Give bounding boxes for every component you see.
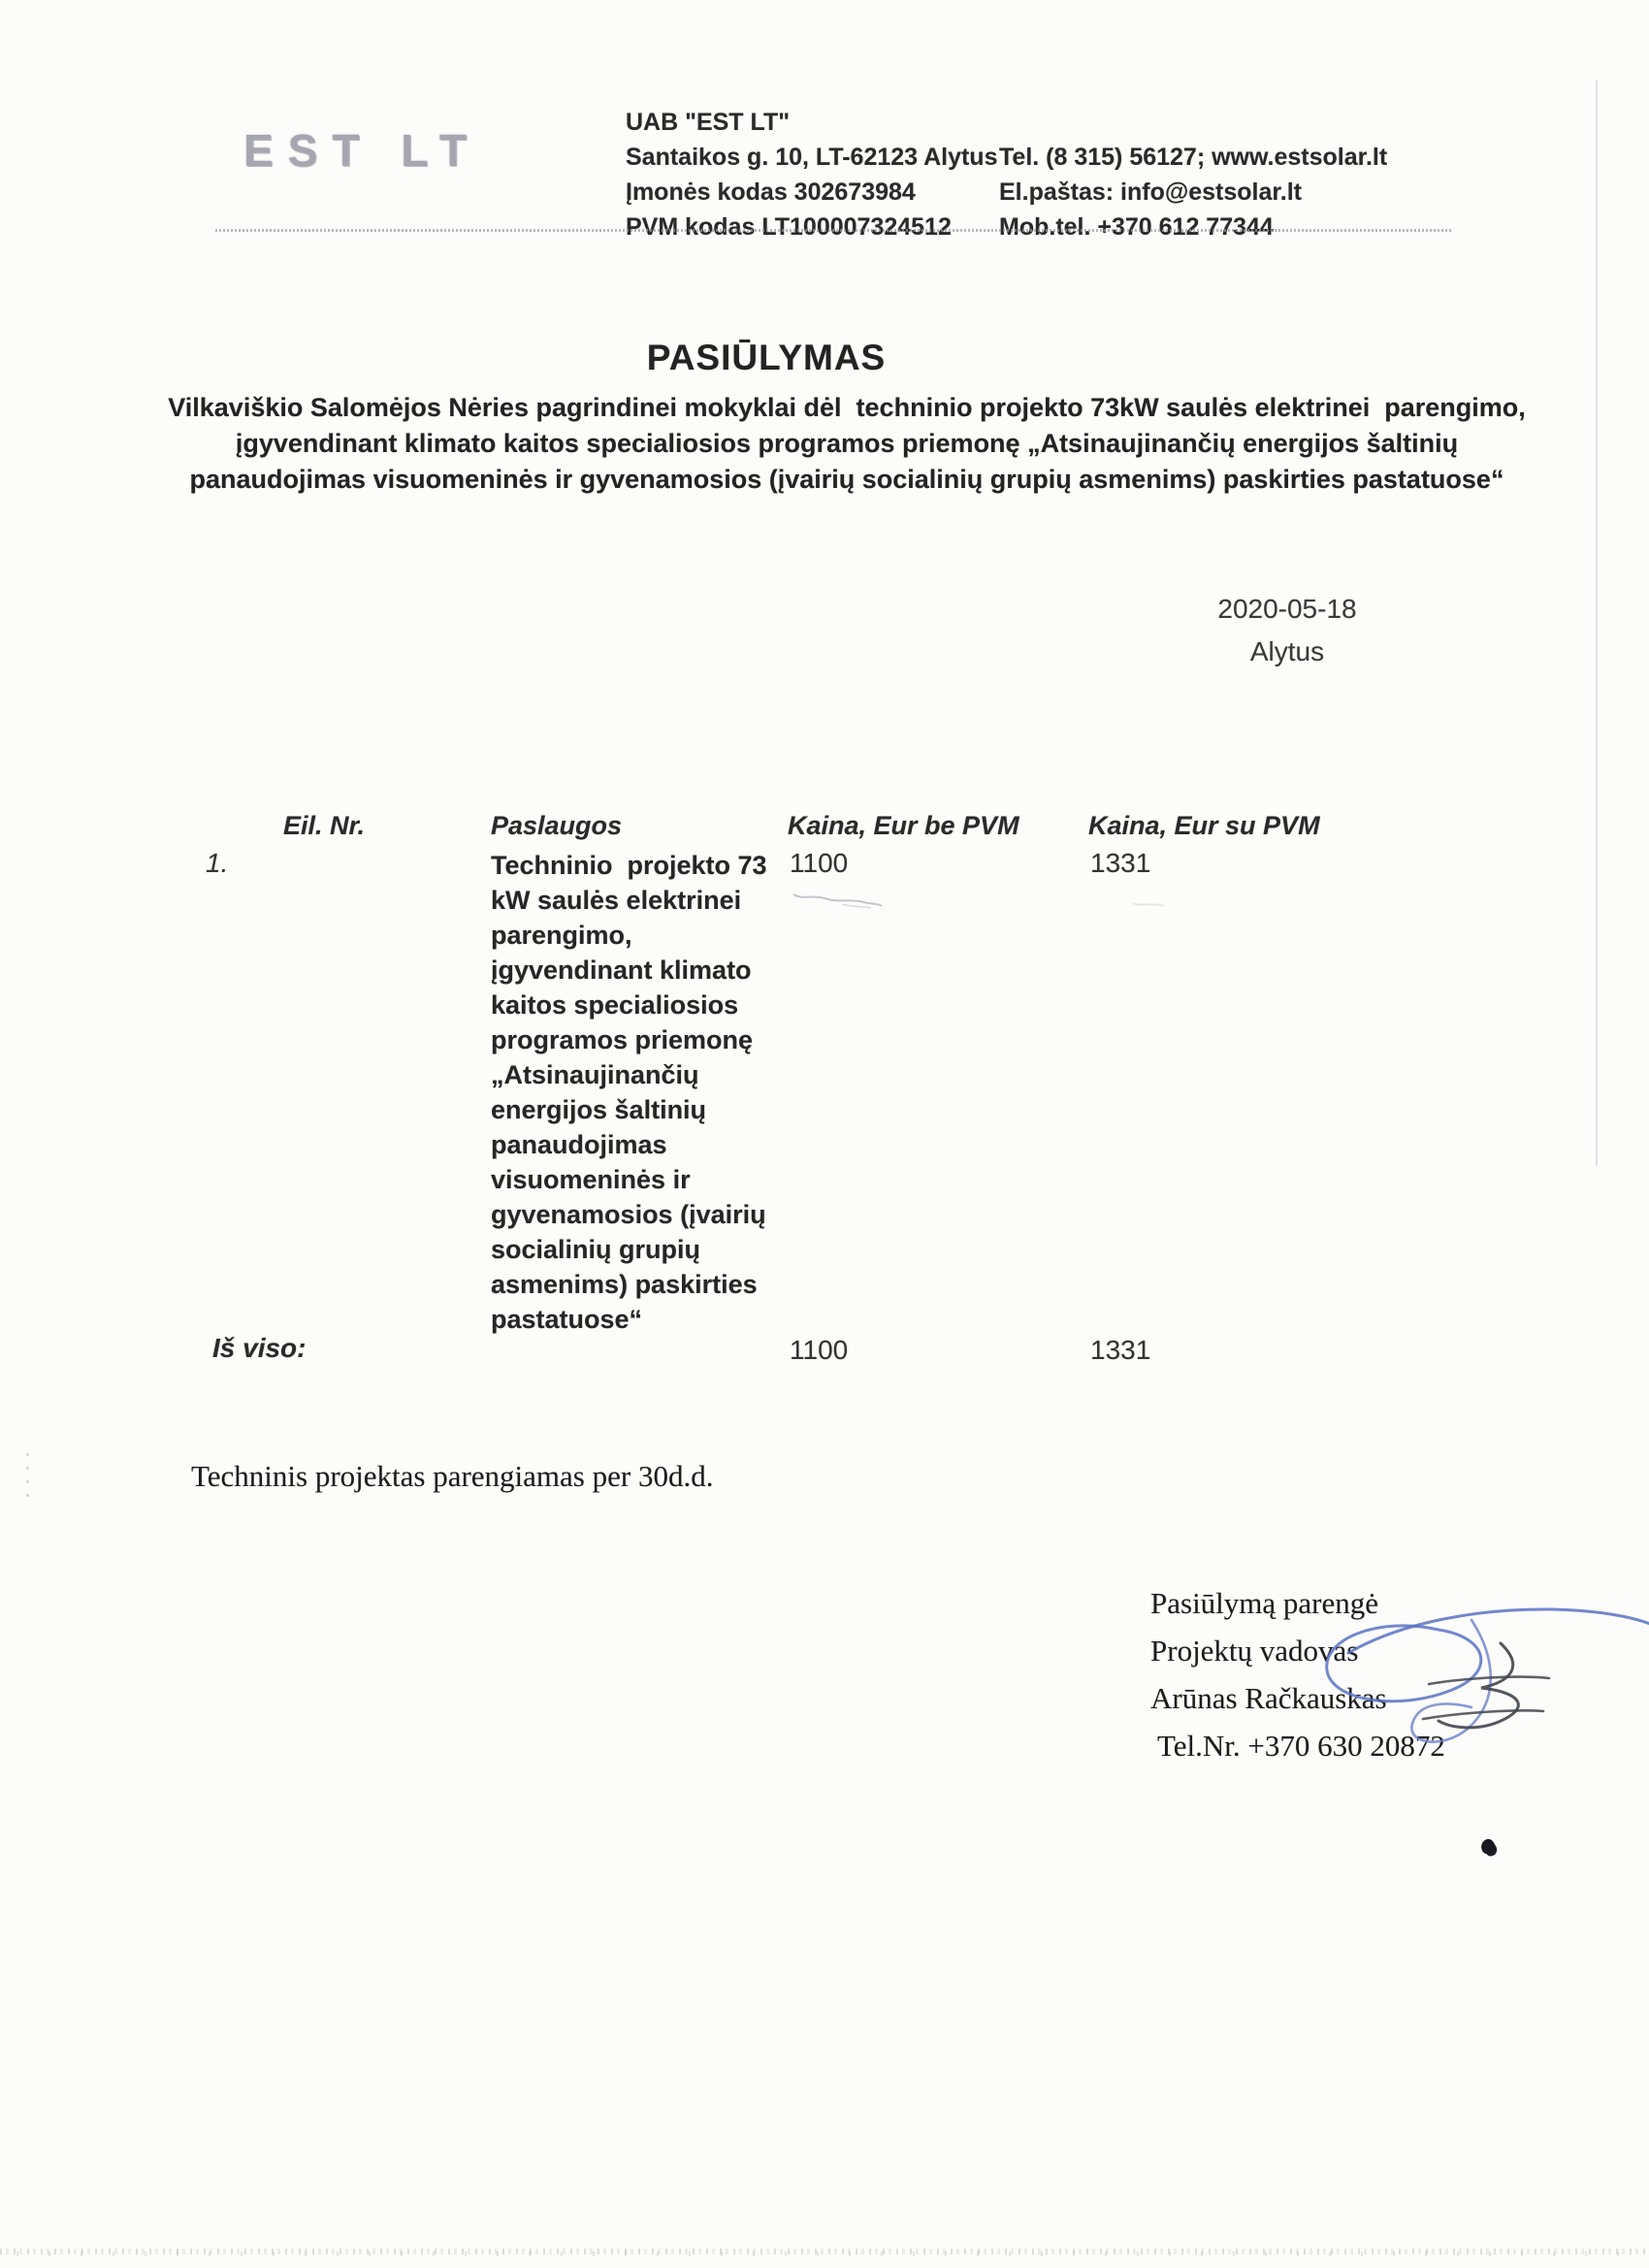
company-phone-web: Tel. (8 315) 56127; www.estsolar.lt (999, 140, 1387, 175)
document-subtitle: Vilkaviškio Salomėjos Nėries pagrindinei… (124, 390, 1569, 498)
table-row-service-description: Techninio projekto 73 kW saulės elektrin… (491, 848, 947, 1337)
column-header-eil-nr: Eil. Nr. (283, 811, 365, 841)
company-address: Santaikos g. 10, LT-62123 Alytus (626, 140, 997, 175)
document-date: 2020-05-18 (1213, 588, 1361, 631)
company-logo: EST LT (243, 124, 481, 177)
total-price-net: 1100 (790, 1335, 848, 1366)
bottom-scan-noise (0, 2243, 1649, 2258)
faint-smudge-artifact (1131, 898, 1166, 910)
column-header-kaina-be-pvm: Kaina, Eur be PVM (788, 811, 1019, 841)
ink-dot-artifact (1479, 1837, 1497, 1856)
column-header-kaina-su-pvm: Kaina, Eur su PVM (1088, 811, 1320, 841)
total-label: Iš viso: (212, 1333, 306, 1364)
date-block: 2020-05-18 Alytus (1213, 588, 1361, 673)
company-name: UAB "EST LT" (626, 105, 997, 140)
company-info-block: UAB "EST LT" Santaikos g. 10, LT-62123 A… (626, 105, 997, 244)
company-mobile: Mob.tel. +370 612 77344 (999, 210, 1387, 244)
pencil-smudge-artifact (792, 889, 887, 910)
table-row-price-gross: 1331 (1090, 848, 1150, 879)
left-margin-specks (26, 1453, 29, 1507)
total-price-gross: 1331 (1090, 1335, 1150, 1366)
scanned-proposal-document: EST LT UAB "EST LT" Santaikos g. 10, LT-… (0, 0, 1649, 2268)
handwritten-signature (1295, 1583, 1649, 1763)
table-row-number: 1. (206, 848, 228, 879)
company-code: Įmonės kodas 302673984 (626, 175, 997, 210)
document-city: Alytus (1213, 631, 1361, 673)
document-title: PASIŪLYMAS (0, 338, 1533, 378)
column-header-paslaugos: Paslaugos (491, 811, 622, 841)
scan-edge-line (1596, 80, 1598, 1166)
company-vat-code: PVM kodas LT100007324512 (626, 210, 997, 244)
table-row-price-net: 1100 (790, 848, 848, 879)
company-email: El.paštas: info@estsolar.lt (999, 175, 1387, 210)
header-divider-line (215, 229, 1451, 232)
delivery-note: Techninis projektas parengiamas per 30d.… (191, 1459, 713, 1494)
